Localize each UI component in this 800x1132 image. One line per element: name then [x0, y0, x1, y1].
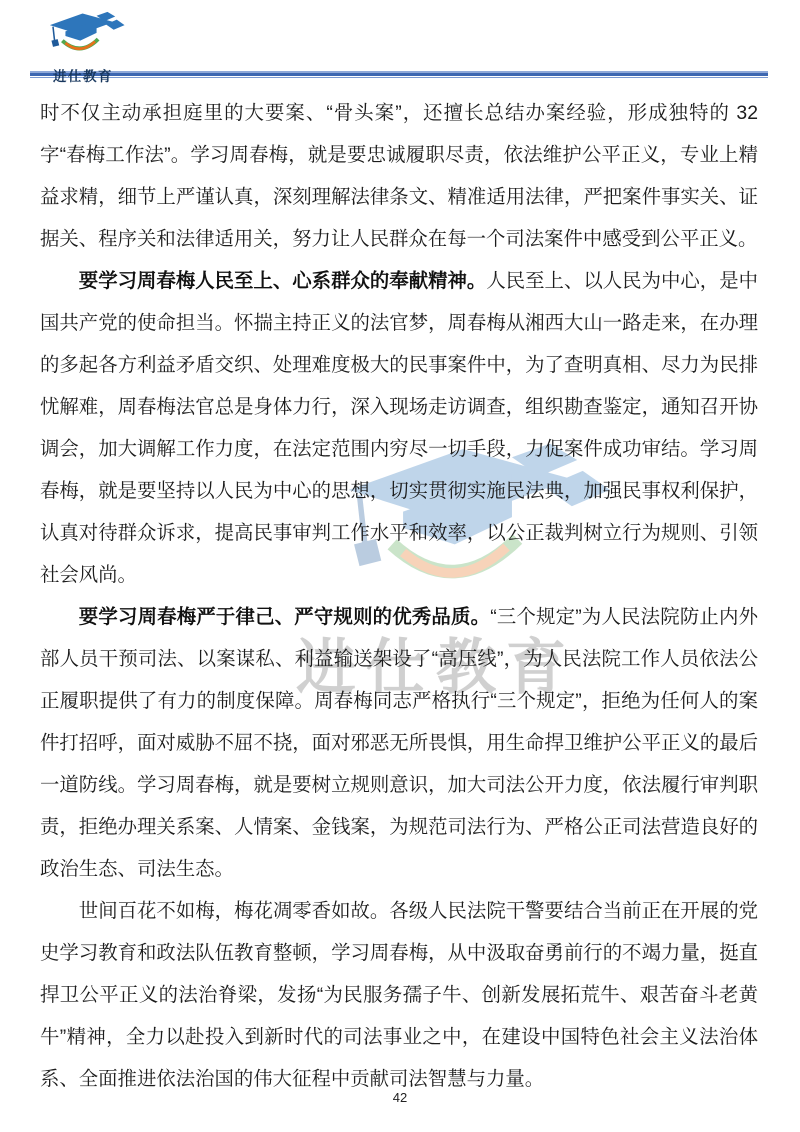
document-page: 进仕教育 进仕教育 时不仅主动承担庭里的大要案、“骨头案”，还擅长总结办案经验，… [0, 0, 800, 1132]
paragraph-text: 世间百花不如梅，梅花凋零香如故。各级人民法院干警要结合当前正在开展的党史学习教育… [40, 900, 758, 1090]
paragraph: 世间百花不如梅，梅花凋零香如故。各级人民法院干警要结合当前正在开展的党史学习教育… [40, 890, 758, 1100]
header-divider [30, 71, 768, 78]
page-number: 42 [0, 1090, 800, 1105]
document-body: 时不仅主动承担庭里的大要案、“骨头案”，还擅长总结办案经验，形成独特的 32 字… [40, 92, 758, 1100]
paragraph: 时不仅主动承担庭里的大要案、“骨头案”，还擅长总结办案经验，形成独特的 32 字… [40, 92, 758, 260]
brand-logo: 进仕教育 [45, 8, 131, 85]
paragraph: 要学习周春梅人民至上、心系群众的奉献精神。人民至上、以人民为中心，是中国共产党的… [40, 260, 758, 596]
paragraph-text: 时不仅主动承担庭里的大要案、“骨头案”，还擅长总结办案经验，形成独特的 32 字… [40, 102, 758, 250]
divider-line-main [30, 73, 768, 76]
brand-name: 进仕教育 [53, 65, 131, 85]
paragraph-lead-bold: 要学习周春梅严于律己、严守规则的优秀品质。 [79, 606, 490, 628]
graduation-cap-open-book-icon [45, 8, 131, 64]
paragraph-text: 人民至上、以人民为中心，是中国共产党的使命担当。怀揣主持正义的法官梦，周春梅从湘… [40, 270, 758, 586]
paragraph-lead-bold: 要学习周春梅人民至上、心系群众的奉献精神。 [79, 270, 487, 292]
paragraph: 要学习周春梅严于律己、严守规则的优秀品质。“三个规定”为人民法院防止内外部人员干… [40, 596, 758, 890]
divider-line-bottom [30, 77, 768, 79]
paragraph-text: “三个规定”为人民法院防止内外部人员干预司法、以案谋私、利益输送架设了“高压线”… [40, 606, 758, 880]
